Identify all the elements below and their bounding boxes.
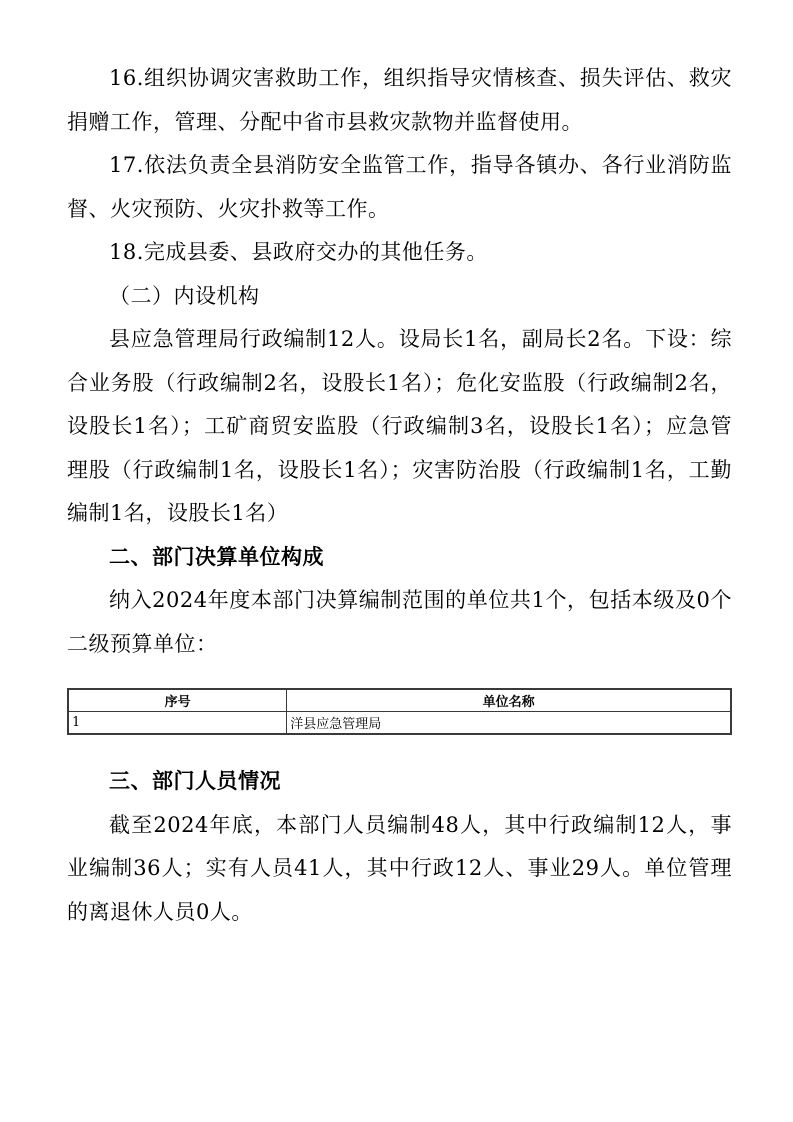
units-table-row: 1 洋县应急管理局	[68, 712, 731, 735]
section3-heading: 三、部门人员情况	[67, 760, 732, 804]
units-table: 序号 单位名称 1 洋县应急管理局	[67, 688, 732, 735]
section3-body: 截至2024年底，本部门人员编制48人，其中行政编制12人，事业编制36人；实有…	[67, 804, 732, 935]
section2-heading: 二、部门决算单位构成	[67, 536, 732, 580]
document-page: 16.组织协调灾害救助工作，组织指导灾情核查、损失评估、救灾捐赠工作，管理、分配…	[0, 0, 793, 1122]
units-table-header-unit-name: 单位名称	[287, 689, 731, 712]
paragraph-16: 16.组织协调灾害救助工作，组织指导灾情核查、损失评估、救灾捐赠工作，管理、分配…	[67, 57, 732, 144]
subsection-heading-internal-org: （二）内设机构	[67, 275, 732, 319]
units-table-header-seq: 序号	[68, 689, 287, 712]
section2-intro: 纳入2024年度本部门决算编制范围的单位共1个，包括本级及0个二级预算单位：	[67, 579, 732, 666]
paragraph-org-structure: 县应急管理局行政编制12人。设局长1名，副局长2名。下设：综合业务股（行政编制2…	[67, 318, 732, 536]
paragraph-17: 17.依法负责全县消防安全监管工作，指导各镇办、各行业消防监督、火灾预防、火灾扑…	[67, 144, 732, 231]
units-table-cell-unit-name: 洋县应急管理局	[287, 712, 731, 735]
units-table-header-row: 序号 单位名称	[68, 689, 731, 712]
paragraph-18: 18.完成县委、县政府交办的其他任务。	[67, 231, 732, 275]
units-table-cell-seq: 1	[68, 712, 287, 735]
